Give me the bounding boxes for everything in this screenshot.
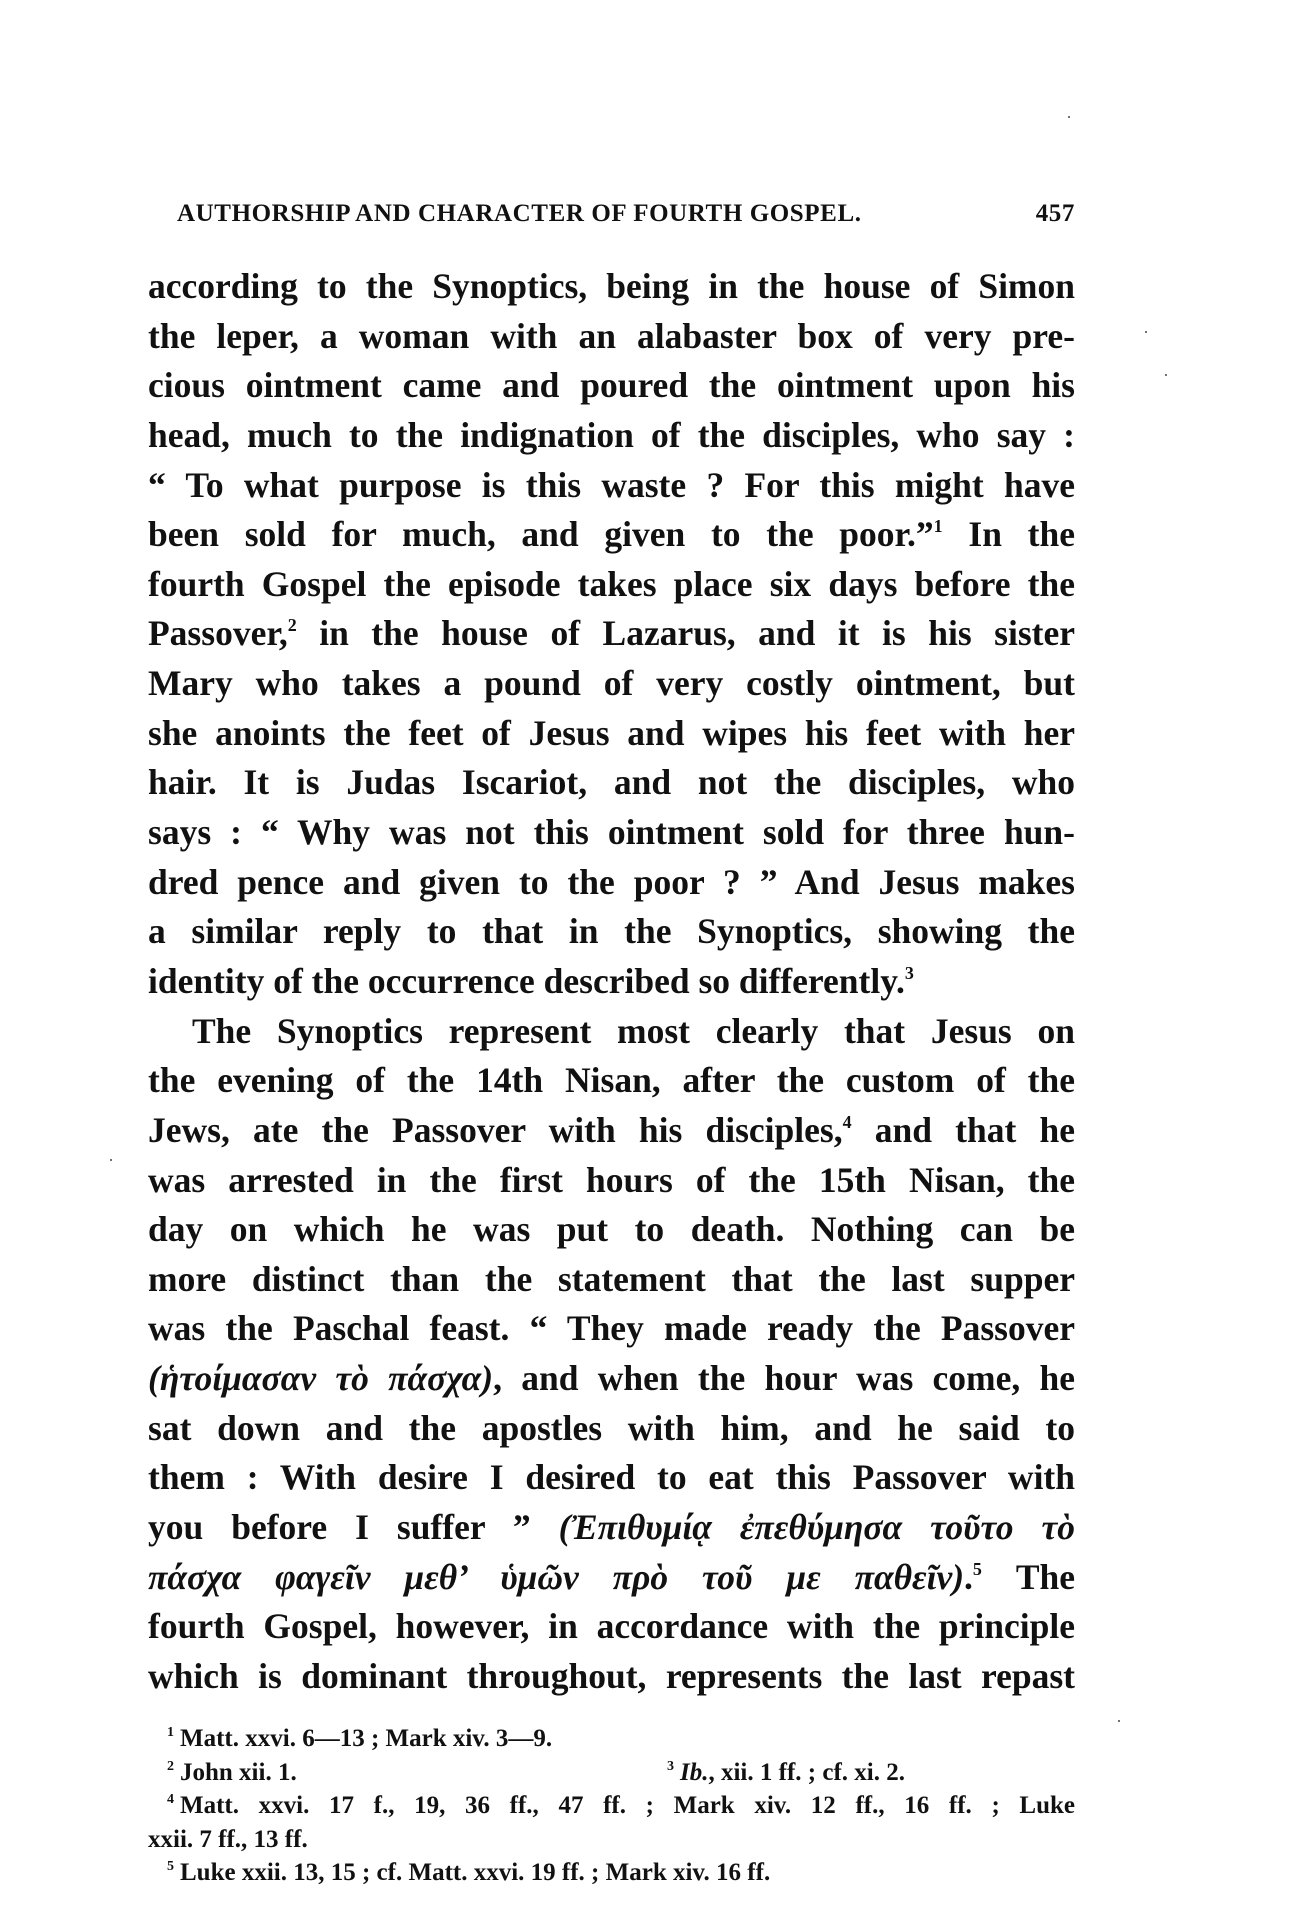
footnote-text: Luke xxii. 13, 15 ; cf. Matt. xxvi. 19 f… bbox=[180, 1859, 770, 1886]
body-line: fourth Gospel, however, in accordance wi… bbox=[148, 1602, 1075, 1652]
page-number: 457 bbox=[1036, 198, 1075, 230]
body-line: according to the Synoptics, being in the… bbox=[148, 262, 1075, 312]
body-line: hair. It is Judas Iscariot, and not the … bbox=[148, 758, 1075, 808]
footnote-text: , xii. 1 ff. ; cf. xi. 2. bbox=[708, 1759, 904, 1786]
body-line: Mary who takes a pound of very costly oi… bbox=[148, 659, 1075, 709]
footnote-row-2-3: 2John xii. 1. 3Ib., xii. 1 ff. ; cf. xi.… bbox=[148, 1756, 1075, 1790]
footnote-ref-4[interactable]: 4 bbox=[843, 1112, 852, 1132]
body-line: the leper, a woman with an alabaster box… bbox=[148, 312, 1075, 362]
footnote-5: 5Luke xxii. 13, 15 ; cf. Matt. xxvi. 19 … bbox=[148, 1856, 1075, 1890]
scan-speck bbox=[1145, 331, 1147, 333]
body-line: fourth Gospel the episode takes place si… bbox=[148, 560, 1075, 610]
line-text: In the bbox=[943, 514, 1075, 554]
body-line: day on which he was put to death. Nothin… bbox=[148, 1205, 1075, 1255]
body-line: (ἡτοίμασαν τὸ πάσχα), and when the hour … bbox=[148, 1354, 1075, 1404]
body-line: sat down and the apostles with him, and … bbox=[148, 1404, 1075, 1454]
footnote-ibid: Ib. bbox=[680, 1759, 708, 1786]
scan-speck bbox=[1068, 116, 1070, 118]
footnotes: 1Matt. xxvi. 6—13 ; Mark xiv. 3—9. 2John… bbox=[148, 1722, 1075, 1890]
footnote-3: 3Ib., xii. 1 ff. ; cf. xi. 2. bbox=[667, 1756, 905, 1790]
footnote-text: Matt. xxvi. 6—13 ; Mark xiv. 3—9. bbox=[180, 1725, 552, 1752]
footnote-4-continuation: xxii. 7 ff., 13 ff. bbox=[148, 1823, 1075, 1857]
paragraph-start-line: The Synoptics represent most clearly tha… bbox=[148, 1007, 1075, 1057]
line-text: you before I suffer ” bbox=[148, 1507, 559, 1547]
body-line: Passover,2 in the house of Lazarus, and … bbox=[148, 609, 1075, 659]
book-page: AUTHORSHIP AND CHARACTER OF FOURTH GOSPE… bbox=[0, 0, 1292, 1925]
running-head-title: AUTHORSHIP AND CHARACTER OF FOURTH GOSPE… bbox=[177, 198, 862, 230]
body-line: πάσχα φαγεῖν μεθ’ ὑμῶν πρὸ τοῦ με παθεῖν… bbox=[148, 1553, 1075, 1603]
line-text: The bbox=[982, 1557, 1075, 1597]
line-text: . bbox=[964, 1557, 973, 1597]
line-text: Passover, bbox=[148, 613, 288, 653]
body-line: was arrested in the first hours of the 1… bbox=[148, 1156, 1075, 1206]
line-text: , and when the hour was come, he bbox=[493, 1358, 1075, 1398]
scan-speck bbox=[1118, 1720, 1120, 1722]
scan-speck bbox=[1165, 374, 1167, 376]
line-text: in the house of Lazarus, and it is his s… bbox=[297, 613, 1075, 653]
body-line: more distinct than the statement that th… bbox=[148, 1255, 1075, 1305]
footnote-number: 3 bbox=[667, 1759, 674, 1774]
footnote-number: 4 bbox=[167, 1792, 174, 1807]
greek-quote: (Ἐπιθυμίᾳ ἐπεθύμησα τοῦτο τὸ bbox=[559, 1507, 1075, 1547]
body-line: been sold for much, and given to the poo… bbox=[148, 510, 1075, 560]
body-line: a similar reply to that in the Synoptics… bbox=[148, 907, 1075, 957]
footnote-number: 2 bbox=[167, 1759, 174, 1774]
running-head: AUTHORSHIP AND CHARACTER OF FOURTH GOSPE… bbox=[177, 198, 1075, 230]
body-line: the evening of the 14th Nisan, after the… bbox=[148, 1056, 1075, 1106]
footnote-ref-5[interactable]: 5 bbox=[973, 1559, 982, 1579]
greek-quote: πάσχα φαγεῖν μεθ’ ὑμῶν πρὸ τοῦ με παθεῖν… bbox=[148, 1557, 964, 1597]
body-line: she anoints the feet of Jesus and wipes … bbox=[148, 709, 1075, 759]
body-line: which is dominant throughout, represents… bbox=[148, 1652, 1075, 1702]
body-text: according to the Synoptics, being in the… bbox=[148, 262, 1075, 1702]
footnote-text: John xii. 1. bbox=[180, 1759, 297, 1786]
footnote-text: Matt. xxvi. 17 f., 19, 36 ff., 47 ff. ; … bbox=[180, 1792, 1075, 1819]
line-text: and that he bbox=[852, 1110, 1075, 1150]
body-line: them : With desire I desired to eat this… bbox=[148, 1453, 1075, 1503]
body-line: identity of the occurrence described so … bbox=[148, 957, 1075, 1007]
body-line: “ To what purpose is this waste ? For th… bbox=[148, 461, 1075, 511]
footnote-ref-3[interactable]: 3 bbox=[905, 963, 914, 983]
body-line: Jews, ate the Passover with his disciple… bbox=[148, 1106, 1075, 1156]
footnote-ref-2[interactable]: 2 bbox=[288, 615, 297, 635]
footnote-2: 2John xii. 1. bbox=[167, 1759, 297, 1786]
footnote-1: 1Matt. xxvi. 6—13 ; Mark xiv. 3—9. bbox=[148, 1722, 1075, 1756]
line-text: identity of the occurrence described so … bbox=[148, 961, 905, 1001]
body-line: head, much to the indignation of the dis… bbox=[148, 411, 1075, 461]
footnote-number: 5 bbox=[167, 1859, 174, 1874]
body-line: you before I suffer ” (Ἐπιθυμίᾳ ἐπεθύμησ… bbox=[148, 1503, 1075, 1553]
line-text: been sold for much, and given to the poo… bbox=[148, 514, 934, 554]
body-line: cious ointment came and poured the ointm… bbox=[148, 361, 1075, 411]
line-text: Jews, ate the Passover with his disciple… bbox=[148, 1110, 843, 1150]
footnote-ref-1[interactable]: 1 bbox=[934, 516, 943, 536]
body-line: dred pence and given to the poor ? ” And… bbox=[148, 858, 1075, 908]
footnote-number: 1 bbox=[167, 1725, 174, 1740]
greek-quote: (ἡτοίμασαν τὸ πάσχα) bbox=[148, 1358, 493, 1398]
scan-speck bbox=[110, 1159, 112, 1161]
body-line: was the Paschal feast. “ They made ready… bbox=[148, 1304, 1075, 1354]
body-line: says : “ Why was not this ointment sold … bbox=[148, 808, 1075, 858]
footnote-4: 4Matt. xxvi. 17 f., 19, 36 ff., 47 ff. ;… bbox=[148, 1789, 1075, 1823]
